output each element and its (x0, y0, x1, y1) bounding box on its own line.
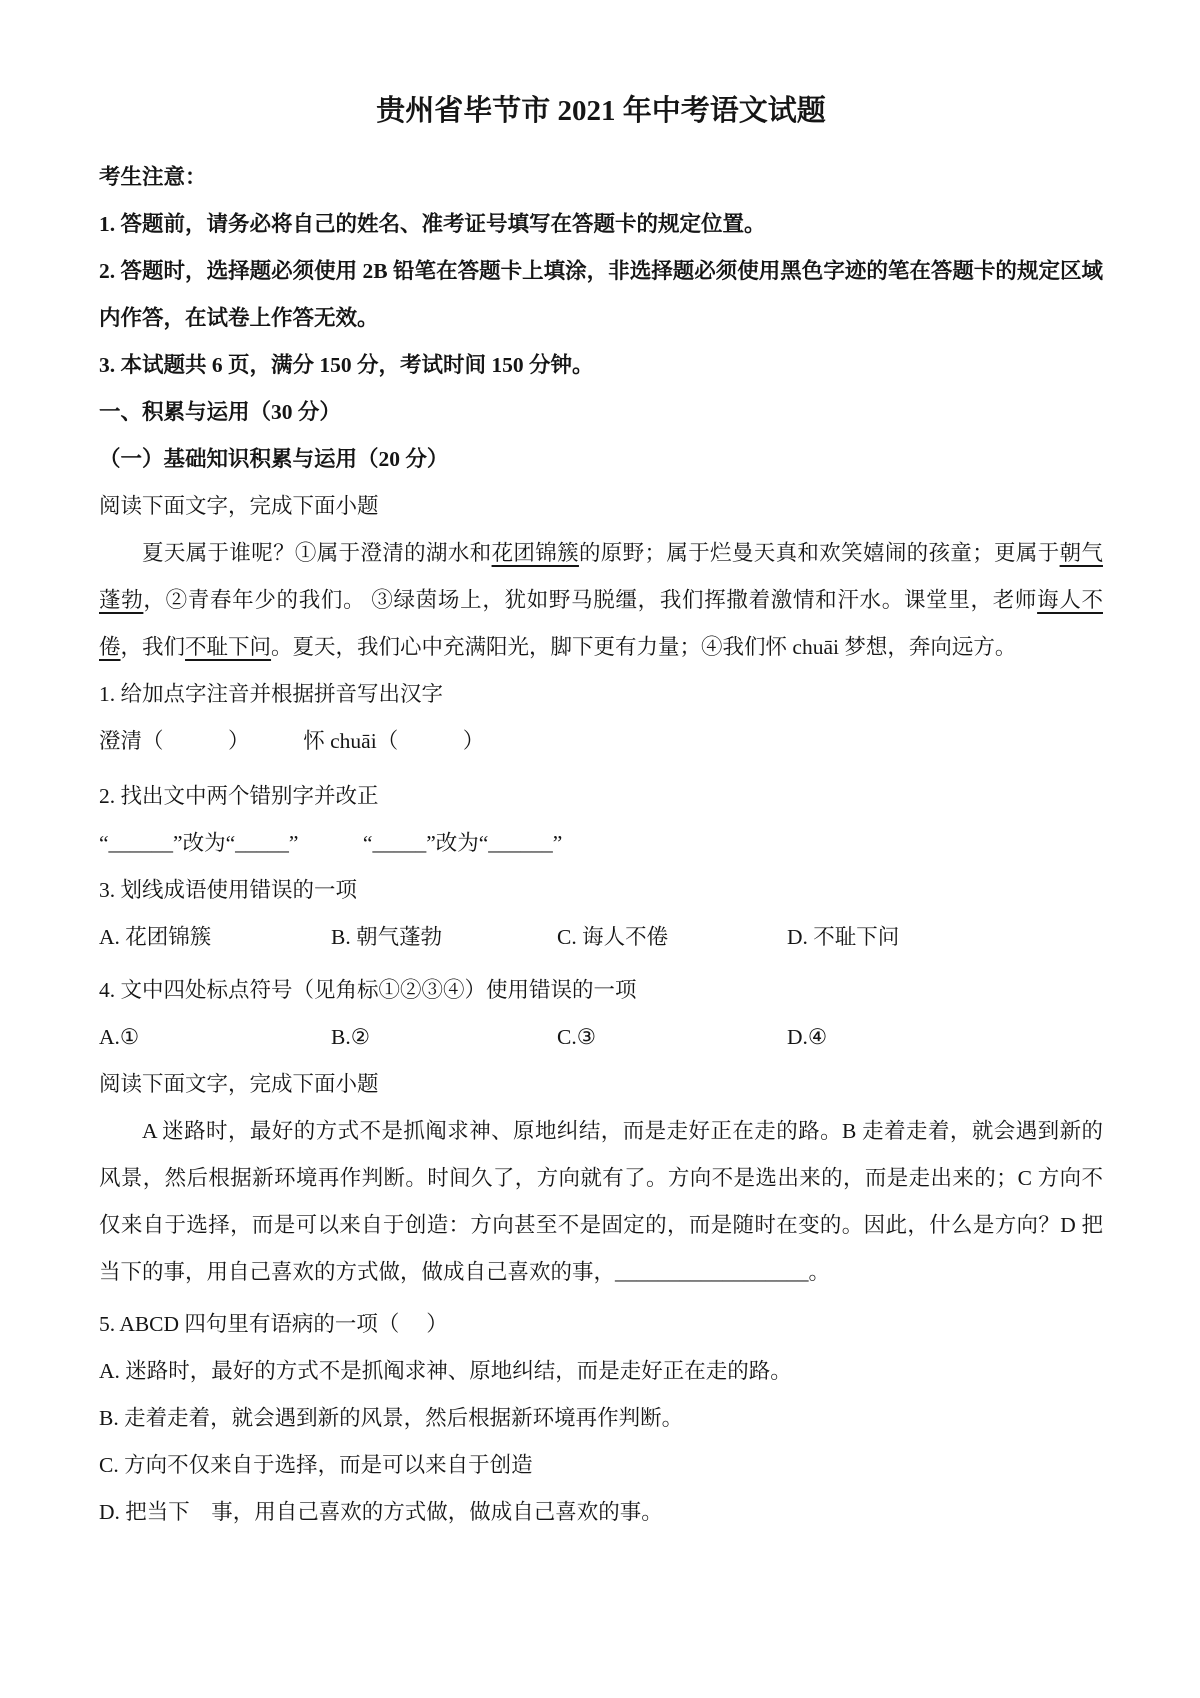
question-4-label: 4. 文中四处标点符号（见角标①②③④）使用错误的一项 (99, 967, 1103, 1014)
exam-paper-page: 贵州省毕节市 2021 年中考语文试题 考生注意： 1. 答题前，请务必将自己的… (0, 0, 1200, 1698)
option-item: A.① (99, 1014, 139, 1061)
question-2-label: 2. 找出文中两个错别字并改正 (99, 773, 1103, 820)
question-3-options: A. 花团锦簇B. 朝气蓬勃C. 诲人不倦D. 不耻下问 (99, 914, 1103, 961)
option-item: D.④ (787, 1014, 827, 1061)
option-item: B. 走着走着，就会遇到新的风景，然后根据新环境再作判断。 (99, 1395, 1103, 1442)
notice-item-1: 1. 答题前，请务必将自己的姓名、准考证号填写在答题卡的规定位置。 (99, 201, 1103, 248)
notice-heading: 考生注意： (99, 154, 1103, 201)
option-item: B. 朝气蓬勃 (331, 914, 442, 961)
option-item: A. 迷路时，最好的方式不是抓阄求神、原地纠结，而是走好正在走的路。 (99, 1348, 1103, 1395)
question-4-options: A.①B.②C.③D.④ (99, 1014, 1103, 1061)
notice-item-2: 2. 答题时，选择题必须使用 2B 铅笔在答题卡上填涂，非选择题必须使用黑色字迹… (99, 248, 1103, 342)
question-1-label: 1. 给加点字注音并根据拼音写出汉字 (99, 671, 1103, 718)
option-item: C. 方向不仅来自于选择，而是可以来自于创造 (99, 1442, 1103, 1489)
section-1-heading: 一、积累与运用（30 分） (99, 389, 1103, 436)
underlined-idiom: 不耻下问 (185, 635, 271, 659)
notice-item-3: 3. 本试题共 6 页，满分 150 分，考试时间 150 分钟。 (99, 342, 1103, 389)
question-1-blanks: 清（ ） 怀 chuāi（ ） (121, 729, 485, 753)
reading-2-prompt: 阅读下面文字，完成下面小题 (99, 1061, 1103, 1108)
passage-text: ，②青春年少的我们。 ③绿茵场上，犹如野马脱缰，我们挥撒着激情和汗水。课堂里，老… (143, 588, 1037, 612)
option-item: A. 花团锦簇 (99, 914, 211, 961)
passage-text: 夏天属于谁呢？①属于澄清的湖水和 (142, 541, 492, 565)
question-3-label: 3. 划线成语使用错误的一项 (99, 867, 1103, 914)
option-item: C. 诲人不倦 (557, 914, 668, 961)
question-5-label: 5. ABCD 四句里有语病的一项（ ） (99, 1301, 1103, 1348)
question-1-answer-line: 澄清（ ） 怀 chuāi（ ） (99, 718, 1103, 765)
option-item: B.② (331, 1014, 370, 1061)
subsection-1-heading: （一）基础知识积累与运用（20 分） (99, 436, 1103, 483)
option-item: D. 把当下 事，用自己喜欢的方式做，做成自己喜欢的事。 (99, 1489, 1103, 1536)
reading-1-prompt: 阅读下面文字，完成下面小题 (99, 483, 1103, 530)
question-5-options: A. 迷路时，最好的方式不是抓阄求神、原地纠结，而是走好正在走的路。B. 走着走… (99, 1348, 1103, 1536)
option-item: C.③ (557, 1014, 596, 1061)
option-item: D. 不耻下问 (787, 914, 899, 961)
passage-text: 的原野；属于烂曼天真和欢笑嬉闹的孩童；更属于 (579, 541, 1060, 565)
question-2-blanks: “______”改为“_____” “_____”改为“______” (99, 820, 1103, 867)
passage-1: 夏天属于谁呢？①属于澄清的湖水和花团锦簇的原野；属于烂曼天真和欢笑嬉闹的孩童；更… (99, 530, 1103, 671)
dotted-character: 澄 (99, 729, 121, 753)
underlined-idiom: 花团锦簇 (492, 541, 579, 565)
page-title: 贵州省毕节市 2021 年中考语文试题 (99, 84, 1103, 138)
passage-2: A 迷路时，最好的方式不是抓阄求神、原地纠结，而是走好正在走的路。B 走着走着，… (99, 1108, 1103, 1296)
passage-text: 。夏天，我们心中充满阳光，脚下更有力量；④我们怀 chuāi 梦想，奔向远方。 (271, 635, 1016, 659)
passage-text: ，我们 (121, 635, 186, 659)
